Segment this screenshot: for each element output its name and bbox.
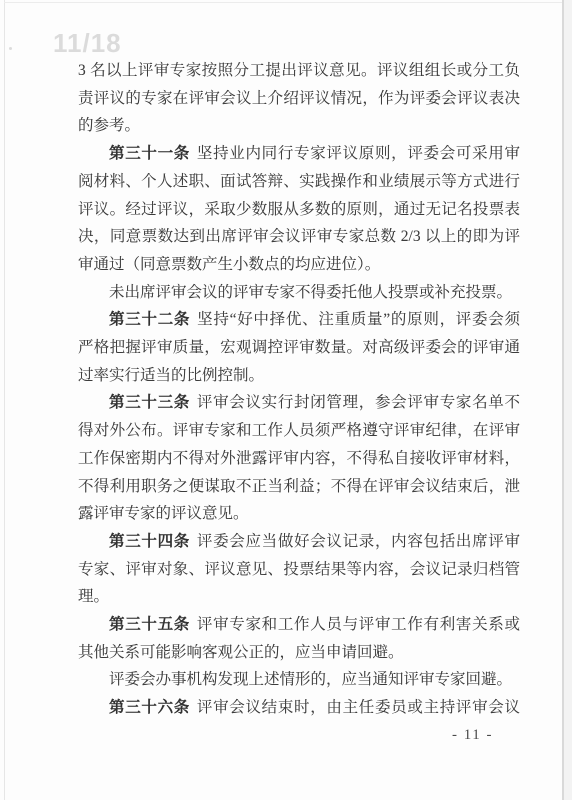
scan-edge-left (4, 0, 5, 800)
line-text: 专家、评审对象、评议意见、投票结果等内容，会议记录归档管 (78, 561, 520, 578)
scan-speck (9, 47, 12, 50)
text-line: 第三十三条评审会议实行封闭管理，参会评审专家名单不 (78, 389, 520, 417)
line-text: 坚持“好中择优、注重质量”的原则，评委会须 (197, 311, 520, 328)
line-text: 评委会应当做好会议记录，内容包括出席评审 (197, 533, 520, 550)
text-line: 得对外公布。评审专家和工作人员须严格遵守评审纪律，在评审 (78, 417, 520, 445)
text-line: 理。 (78, 583, 520, 611)
line-text: 评议。经过评议，采取少数服从多数的原则，通过无记名投票表 (78, 201, 520, 218)
line-text: 过率实行适当的比例控制。 (78, 367, 264, 384)
line-text: 评委会办事机构发现上述情形的，应当通知评审专家回避。 (109, 671, 512, 688)
article-number: 第三十一条 (109, 145, 190, 162)
text-line: 第三十六条评审会议结束时，由主任委员或主持评审会议 (78, 694, 520, 722)
text-line: 不得利用职务之便谋取不正当利益；不得在评审会议结束后，泄 (78, 473, 520, 501)
text-line: 工作保密期内不得对外泄露评审内容，不得私自接收评审材料， (78, 445, 520, 473)
text-line: 第三十四条评委会应当做好会议记录，内容包括出席评审 (78, 528, 520, 556)
line-text: 不得利用职务之便谋取不正当利益；不得在评审会议结束后，泄 (78, 478, 520, 495)
text-line: 过率实行适当的比例控制。 (78, 362, 520, 390)
text-line: 评委会办事机构发现上述情形的，应当通知评审专家回避。 (78, 666, 520, 694)
text-line: 决，同意票数达到出席评审会议评审专家总数 2/3 以上的即为评 (78, 223, 520, 251)
page-progress-watermark: 11/18 (53, 28, 122, 59)
text-line: 第三十二条坚持“好中择优、注重质量”的原则，评委会须 (78, 306, 520, 334)
text-line: 的参考。 (78, 112, 520, 140)
text-line: 评议。经过评议，采取少数服从多数的原则，通过无记名投票表 (78, 196, 520, 224)
line-text: 责评议的专家在评审会议上介绍评议情况，作为评委会评议表决 (78, 90, 520, 107)
text-line: 审通过（同意票数产生小数点的均应进位）。 (78, 251, 520, 279)
article-number: 第三十三条 (109, 394, 190, 411)
scan-edge-top (4, 2, 564, 3)
line-text: 得对外公布。评审专家和工作人员须严格遵守评审纪律，在评审 (78, 422, 520, 439)
text-line: 第三十一条坚持业内同行专家评议原则，评委会可采用审 (78, 140, 520, 168)
line-text: 审通过（同意票数产生小数点的均应进位）。 (78, 256, 380, 273)
line-text: 评审会议结束时，由主任委员或主持评审会议 (197, 699, 520, 716)
line-text: 其他关系可能影响客观公正的，应当申请回避。 (78, 644, 404, 661)
text-line: 专家、评审对象、评议意见、投票结果等内容，会议记录归档管 (78, 556, 520, 584)
line-text: 理。 (78, 588, 109, 605)
article-number: 第三十五条 (109, 616, 190, 633)
article-number: 第三十二条 (109, 311, 190, 328)
line-text: 评审会议实行封闭管理，参会评审专家名单不 (197, 394, 520, 411)
line-text: 阅材料、个人述职、面试答辩、实践操作和业绩展示等方式进行 (78, 173, 520, 190)
text-line: 露评审专家的评议意见。 (78, 500, 520, 528)
line-text: 工作保密期内不得对外泄露评审内容，不得私自接收评审材料， (78, 450, 520, 467)
article-number: 第三十四条 (109, 533, 190, 550)
text-line: 未出席评审会议的评审专家不得委托他人投票或补充投票。 (78, 279, 520, 307)
document-page: 11/18 3 名以上评审专家按照分工提出评议意见。评议组组长或分工负责评议的专… (0, 0, 572, 800)
text-line: 其他关系可能影响客观公正的，应当申请回避。 (78, 639, 520, 667)
line-text: 严格把握评审质量，宏观调控评审数量。对高级评委会的评审通 (78, 339, 520, 356)
text-line: 严格把握评审质量，宏观调控评审数量。对高级评委会的评审通 (78, 334, 520, 362)
line-text: 决，同意票数达到出席评审会议评审专家总数 2/3 以上的即为评 (78, 228, 520, 245)
line-text: 3 名以上评审专家按照分工提出评议意见。评议组组长或分工负 (78, 62, 520, 79)
line-text: 未出席评审会议的评审专家不得委托他人投票或补充投票。 (109, 284, 512, 301)
text-line: 第三十五条评审专家和工作人员与评审工作有利害关系或 (78, 611, 520, 639)
document-body: 3 名以上评审专家按照分工提出评议意见。评议组组长或分工负责评议的专家在评审会议… (78, 57, 520, 722)
text-line: 3 名以上评审专家按照分工提出评议意见。评议组组长或分工负 (78, 57, 520, 85)
article-number: 第三十六条 (109, 699, 190, 716)
page-number: - 11 - (452, 727, 493, 744)
text-line: 阅材料、个人述职、面试答辩、实践操作和业绩展示等方式进行 (78, 168, 520, 196)
scan-margin-right (564, 0, 572, 800)
line-text: 露评审专家的评议意见。 (78, 505, 249, 522)
text-line: 责评议的专家在评审会议上介绍评议情况，作为评委会评议表决 (78, 85, 520, 113)
line-text: 坚持业内同行专家评议原则，评委会可采用审 (197, 145, 520, 162)
line-text: 评审专家和工作人员与评审工作有利害关系或 (197, 616, 520, 633)
line-text: 的参考。 (78, 117, 140, 134)
